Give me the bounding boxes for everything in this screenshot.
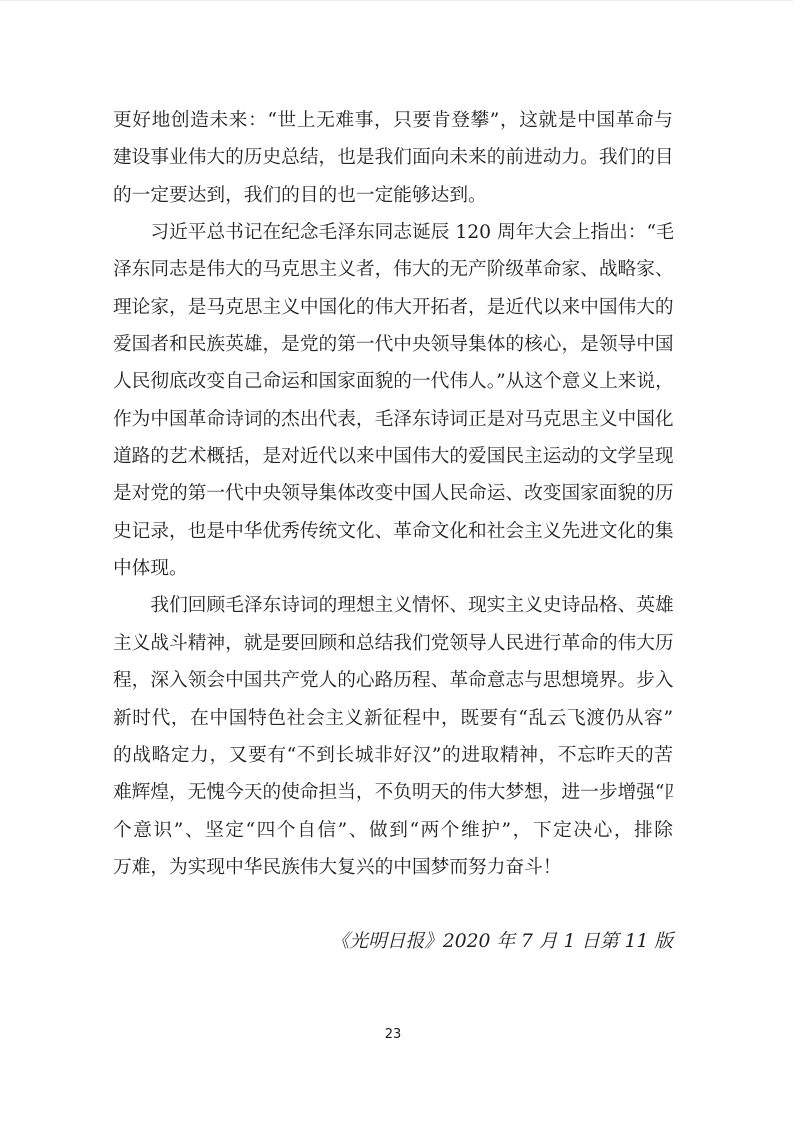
text-line: 建设事业伟大的历史总结，也是我们面向未来的前进动力。我们的目 bbox=[113, 139, 673, 176]
text-line: 史记录，也是中华优秀传统文化、革命文化和社会主义先进文化的集 bbox=[113, 513, 673, 550]
text-line: 的战略定力，又要有“不到长城非好汉”的进取精神，不忘昨天的苦 bbox=[113, 737, 673, 774]
text-line: 的一定要达到，我们的目的也一定能够达到。 bbox=[113, 177, 673, 214]
text-line: 新时代，在中国特色社会主义新征程中，既要有“乱云飞渡仍从容” bbox=[113, 700, 673, 737]
text-line: 中体现。 bbox=[113, 550, 673, 587]
text-line: 习近平总书记在纪念毛泽东同志诞辰 120 周年大会上指出：“毛 bbox=[113, 214, 673, 251]
text-line: 个意识”、坚定“四个自信”、做到“两个维护”，下定决心，排除 bbox=[113, 812, 673, 849]
text-line: 道路的艺术概括，是对近代以来中国伟大的爱国民主运动的文学呈现， bbox=[113, 438, 673, 475]
text-line: 人民彻底改变自己命运和国家面貌的一代伟人。”从这个意义上来说， bbox=[113, 363, 673, 400]
text-line: 万难，为实现中华民族伟大复兴的中国梦而努力奋斗！ bbox=[113, 849, 673, 886]
text-line: 程，深入领会中国共产党人的心路历程、革命意志与思想境界。步入 bbox=[113, 662, 673, 699]
citation-text: 《光明日报》2020 年 7 月 1 日第 11 版 bbox=[331, 931, 673, 952]
text-line: 作为中国革命诗词的杰出代表，毛泽东诗词正是对马克思主义中国化 bbox=[113, 401, 673, 438]
text-line: 我们回顾毛泽东诗词的理想主义情怀、现实主义史诗品格、英雄 bbox=[113, 587, 673, 624]
text-line: 是对党的第一代中央领导集体改变中国人民命运、改变国家面貌的历 bbox=[113, 475, 673, 512]
body-text: 更好地创造未来：“世上无难事，只要肯登攀”，这就是中国革命与建设事业伟大的历史总… bbox=[113, 102, 673, 886]
text-line: 主义战斗精神，就是要回顾和总结我们党领导人民进行革命的伟大历 bbox=[113, 625, 673, 662]
text-line: 泽东同志是伟大的马克思主义者，伟大的无产阶级革命家、战略家、 bbox=[113, 251, 673, 288]
page: 更好地创造未来：“世上无难事，只要肯登攀”，这就是中国革命与建设事业伟大的历史总… bbox=[0, 0, 793, 1122]
text-line: 更好地创造未来：“世上无难事，只要肯登攀”，这就是中国革命与 bbox=[113, 102, 673, 139]
page-number: 23 bbox=[385, 1027, 402, 1042]
text-line: 爱国者和民族英雄，是党的第一代中央领导集体的核心，是领导中国 bbox=[113, 326, 673, 363]
page-footer: 23 bbox=[113, 1024, 673, 1042]
text-line: 难辉煌，无愧今天的使命担当，不负明天的伟大梦想，进一步增强“四 bbox=[113, 774, 673, 811]
citation-line: 《光明日报》2020 年 7 月 1 日第 11 版 bbox=[113, 923, 673, 960]
text-line: 理论家，是马克思主义中国化的伟大开拓者，是近代以来中国伟大的 bbox=[113, 289, 673, 326]
document-page: { "document": { "paragraphs": [ { "inden… bbox=[0, 0, 793, 1122]
